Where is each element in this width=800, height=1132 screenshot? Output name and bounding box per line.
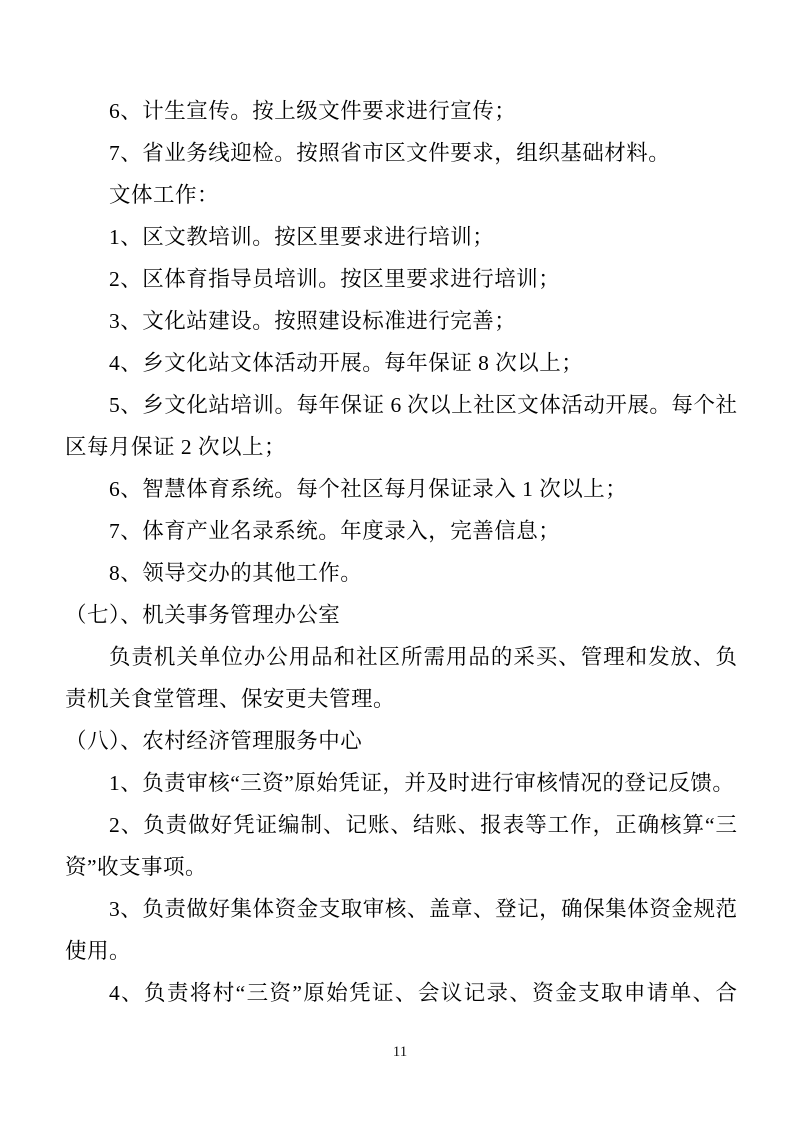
text-line: 5、乡文化站培训。每年保证 6 次以上社区文体活动开展。每个社: [65, 384, 737, 426]
page-number: 11: [0, 1042, 800, 1062]
text-line: 6、计生宣传。按上级文件要求进行宣传；: [65, 90, 737, 132]
text-line: 文体工作：: [65, 174, 737, 216]
text-line: 6、智慧体育系统。每个社区每月保证录入 1 次以上；: [65, 468, 737, 510]
text-line: 1、负责审核“三资”原始凭证，并及时进行审核情况的登记反馈。: [65, 762, 737, 804]
section-heading: （八）、农村经济管理服务中心: [65, 720, 737, 762]
text-line: 区每月保证 2 次以上；: [65, 426, 737, 468]
text-line: 3、负责做好集体资金支取审核、盖章、登记，确保集体资金规范: [65, 888, 737, 930]
document-page: 6、计生宣传。按上级文件要求进行宣传； 7、省业务线迎检。按照省市区文件要求，组…: [0, 0, 800, 1132]
text-line: 使用。: [65, 930, 737, 972]
text-line: 负责机关单位办公用品和社区所需用品的采买、管理和发放、负: [65, 636, 737, 678]
text-line: 4、负责将村“三资”原始凭证、会议记录、资金支取申请单、合: [65, 972, 737, 1014]
section-heading: （七）、机关事务管理办公室: [65, 594, 737, 636]
text-line: 3、文化站建设。按照建设标准进行完善；: [65, 300, 737, 342]
text-line: 责机关食堂管理、保安更夫管理。: [65, 678, 737, 720]
text-line: 2、负责做好凭证编制、记账、结账、报表等工作，正确核算“三: [65, 804, 737, 846]
text-line: 7、体育产业名录系统。年度录入，完善信息；: [65, 510, 737, 552]
document-body: 6、计生宣传。按上级文件要求进行宣传； 7、省业务线迎检。按照省市区文件要求，组…: [65, 90, 737, 1014]
text-line: 1、区文教培训。按区里要求进行培训；: [65, 216, 737, 258]
text-line: 7、省业务线迎检。按照省市区文件要求，组织基础材料。: [65, 132, 737, 174]
text-line: 8、领导交办的其他工作。: [65, 552, 737, 594]
text-line: 4、乡文化站文体活动开展。每年保证 8 次以上；: [65, 342, 737, 384]
text-line: 2、区体育指导员培训。按区里要求进行培训；: [65, 258, 737, 300]
text-line: 资”收支事项。: [65, 846, 737, 888]
